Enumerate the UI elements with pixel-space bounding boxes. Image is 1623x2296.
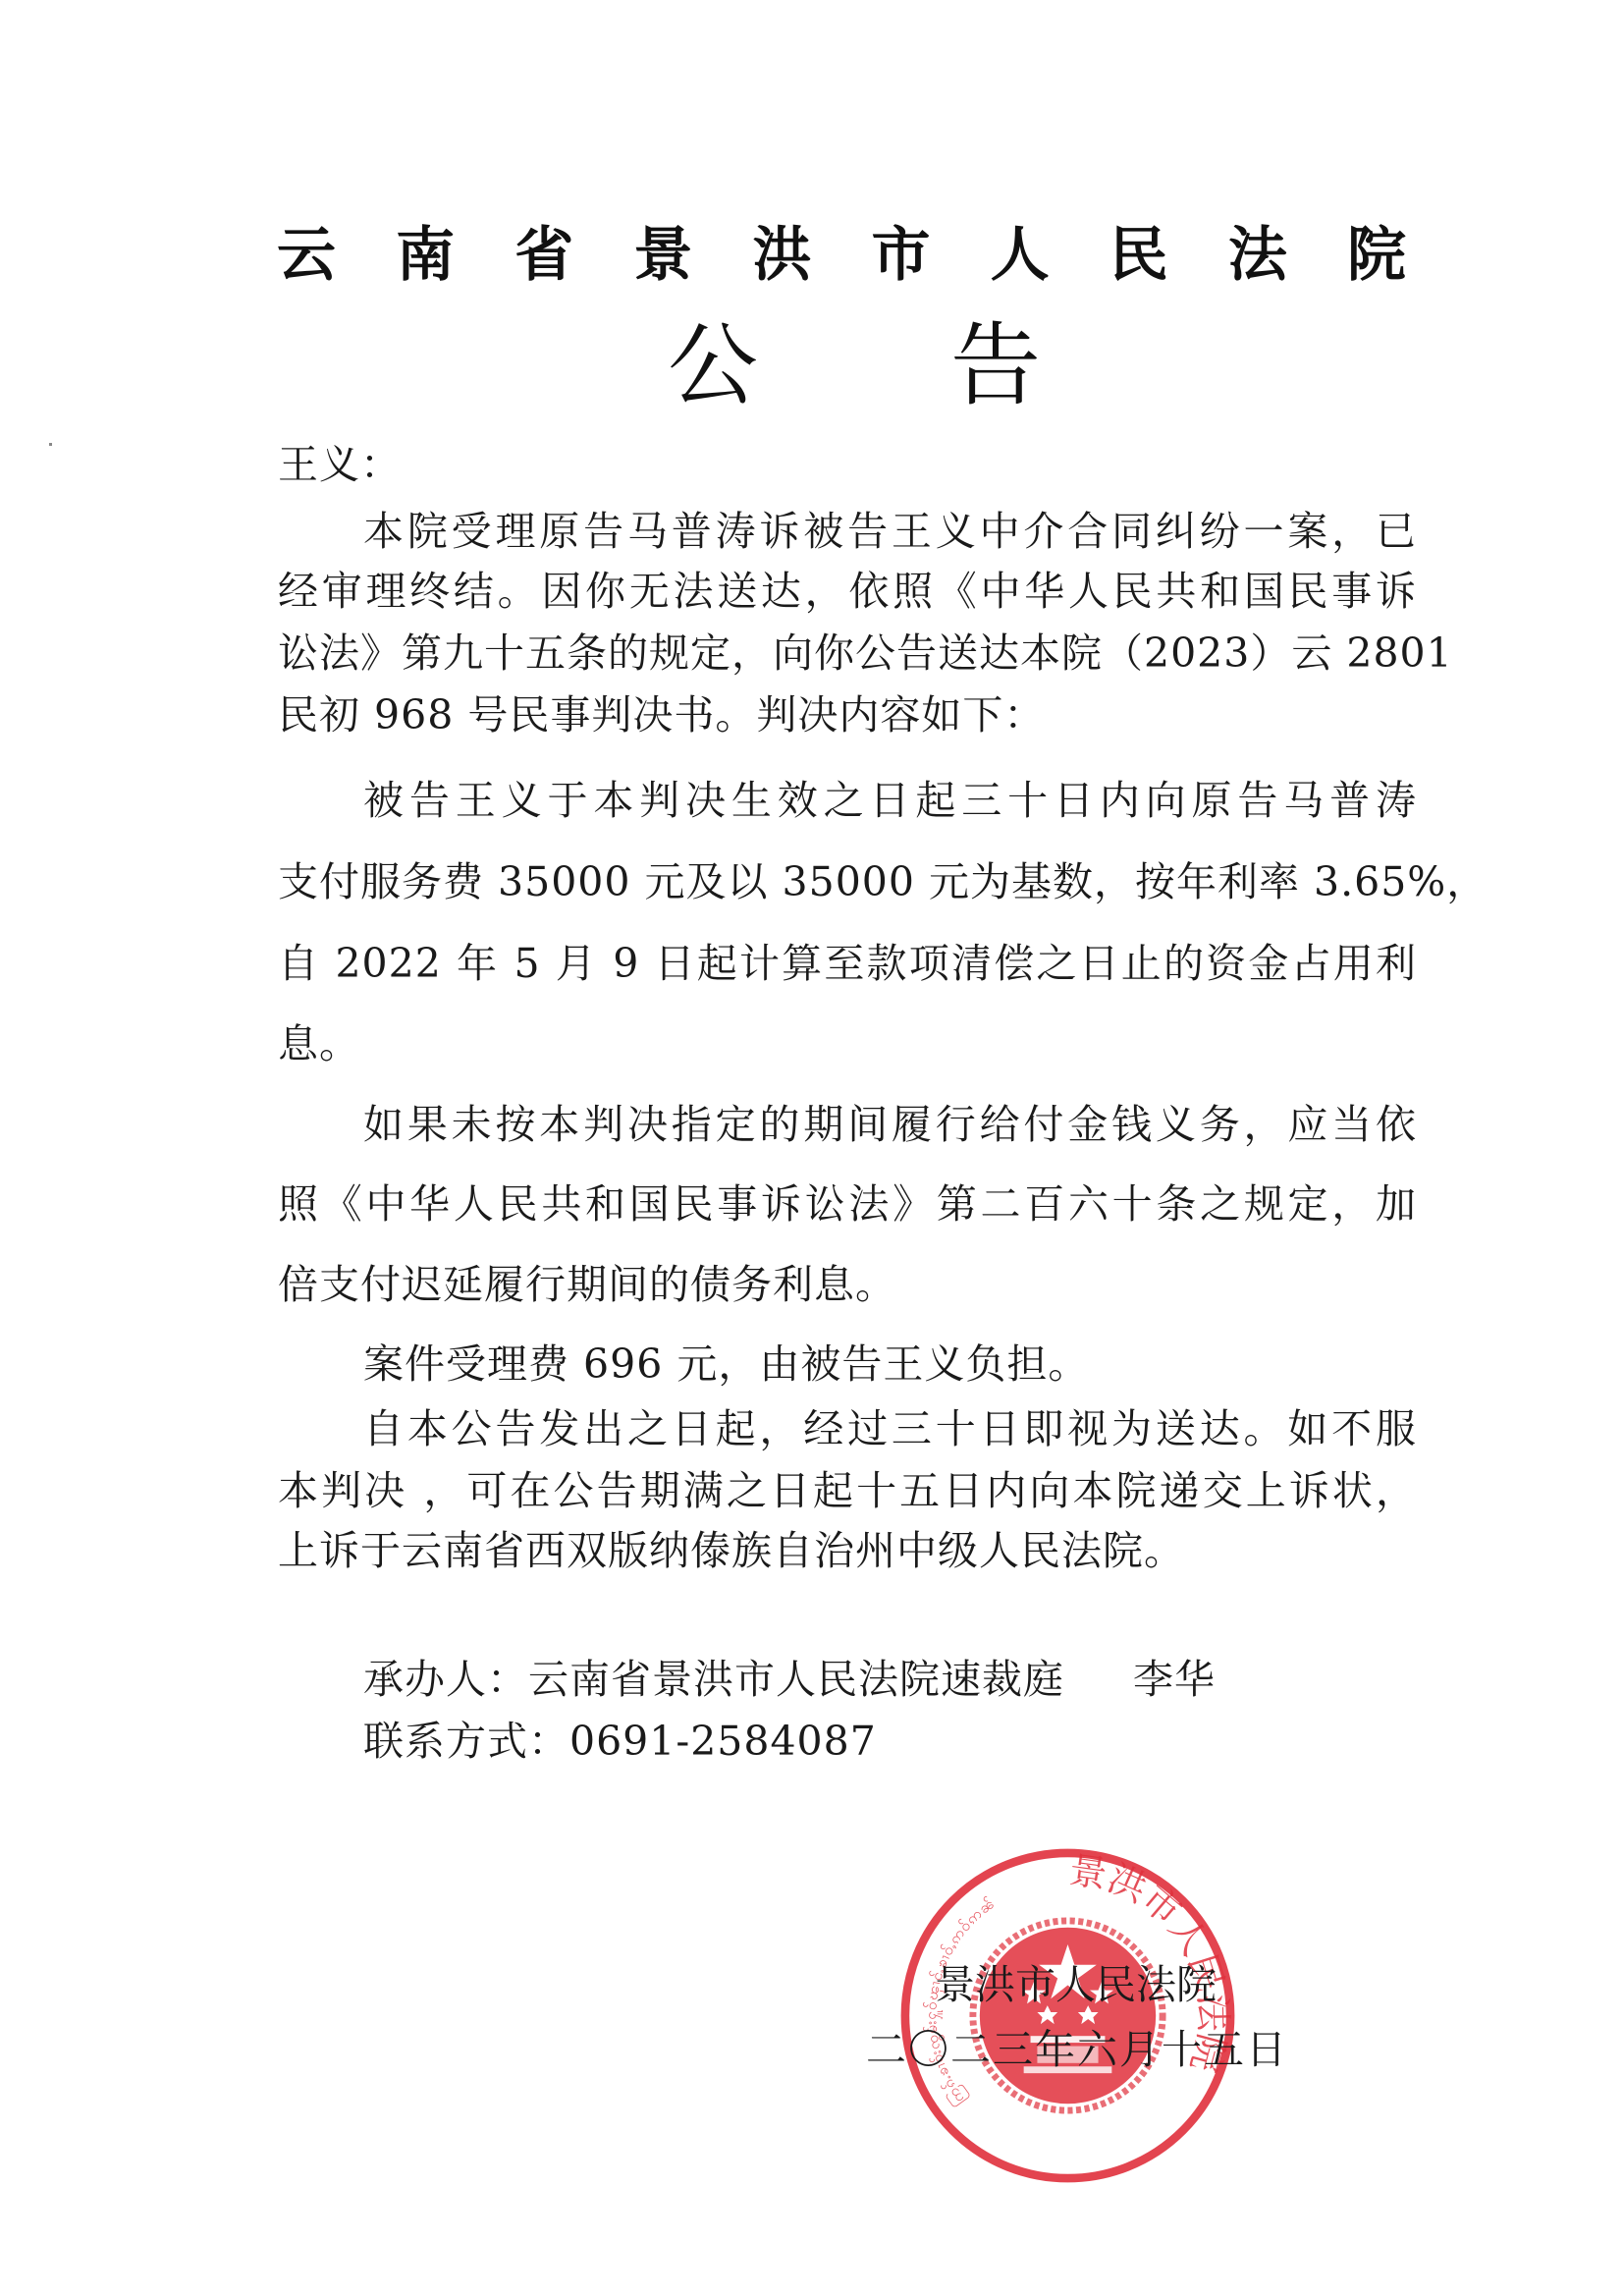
court-name-char: 云 [277, 216, 336, 295]
signature-court: 景洪市人民法院 [935, 1960, 1217, 2009]
notice-title: 公 告 [668, 312, 1041, 420]
paragraph-line: 被告王义于本判决生效之日起三十日内向原告马普涛 [363, 776, 1417, 825]
paragraph-line: 本判决 ，可在公告期满之日起十五日内向本院递交上诉状， [278, 1466, 1417, 1515]
paragraph-line: 自 2022 年 5 月 9 日起计算至款项清偿之日止的资金占用利 [278, 939, 1417, 988]
phone-number: 0691-2584087 [569, 1718, 877, 1765]
court-name-char: 洪 [752, 216, 811, 295]
paragraph-line: 照《中华人民共和国民事诉讼法》第二百六十条之规定，加 [278, 1179, 1417, 1229]
court-name-char: 民 [1109, 216, 1168, 295]
phone-label: 联系方式： [363, 1718, 569, 1765]
document-page: 云 南 省 景 洪 市 人 民 法 院 公 告 王义： 本院受理原告马普涛诉被告… [0, 0, 1623, 2296]
paragraph-line: 支付服务费 35000 元及以 35000 元为基数，按年利率 3.65%， [278, 857, 1417, 906]
paragraph-line: 上诉于云南省西双版纳傣族自治州中级人民法院。 [278, 1526, 1417, 1575]
paragraph-line: 倍支付迟延履行期间的债务利息。 [278, 1260, 1417, 1309]
court-name-char: 院 [1347, 216, 1406, 295]
court-name-char: 景 [633, 216, 692, 295]
court-name-char: 市 [872, 216, 931, 295]
court-name-char: 人 [991, 216, 1050, 295]
handler-line: 承办人：云南省景洪市人民法院速裁庭李华 [363, 1655, 1502, 1704]
notice-title-char: 告 [950, 312, 1041, 420]
court-name-char: 省 [514, 216, 573, 295]
paragraph-line: 民初 968 号民事判决书。判决内容如下： [278, 690, 1417, 739]
paragraph-line: 息。 [278, 1019, 1417, 1068]
paragraph-line: 如果未按本判决指定的期间履行给付金钱义务，应当依 [363, 1100, 1417, 1149]
phone-line: 联系方式：0691-2584087 [363, 1717, 1502, 1766]
scan-speck [49, 443, 52, 446]
court-seal-icon: 景洪市人民法院 ကြၵ်ႉၶၢဝ်းၸွမ်းႁူဝ်ၾၢင်ႉၶၢဝ်ႇဢဝ်… [898, 1846, 1237, 2185]
court-name-char: 南 [396, 216, 455, 295]
paragraph-line: 本院受理原告马普涛诉被告王义中介合同纠纷一案，已 [363, 507, 1417, 556]
handler-dept: 云南省景洪市人民法院速裁庭 [528, 1656, 1064, 1703]
paragraph-line: 讼法》第九十五条的规定，向你公告送达本院（2023）云 2801 [278, 629, 1417, 678]
signature-date: 二〇二三年六月十五日 [866, 2025, 1288, 2074]
court-name-heading: 云 南 省 景 洪 市 人 民 法 院 [277, 216, 1406, 295]
handler-label: 承办人： [363, 1656, 528, 1703]
paragraph-line: 经审理终结。因你无法送达，依照《中华人民共和国民事诉 [278, 567, 1417, 616]
paragraph-line: 案件受理费 696 元，由被告王义负担。 [363, 1339, 1417, 1389]
addressee: 王义： [278, 440, 1417, 489]
paragraph-line: 自本公告发出之日起，经过三十日即视为送达。如不服 [363, 1404, 1417, 1453]
court-name-char: 法 [1228, 216, 1287, 295]
handler-name: 李华 [1133, 1656, 1216, 1703]
notice-title-char: 公 [668, 312, 758, 420]
